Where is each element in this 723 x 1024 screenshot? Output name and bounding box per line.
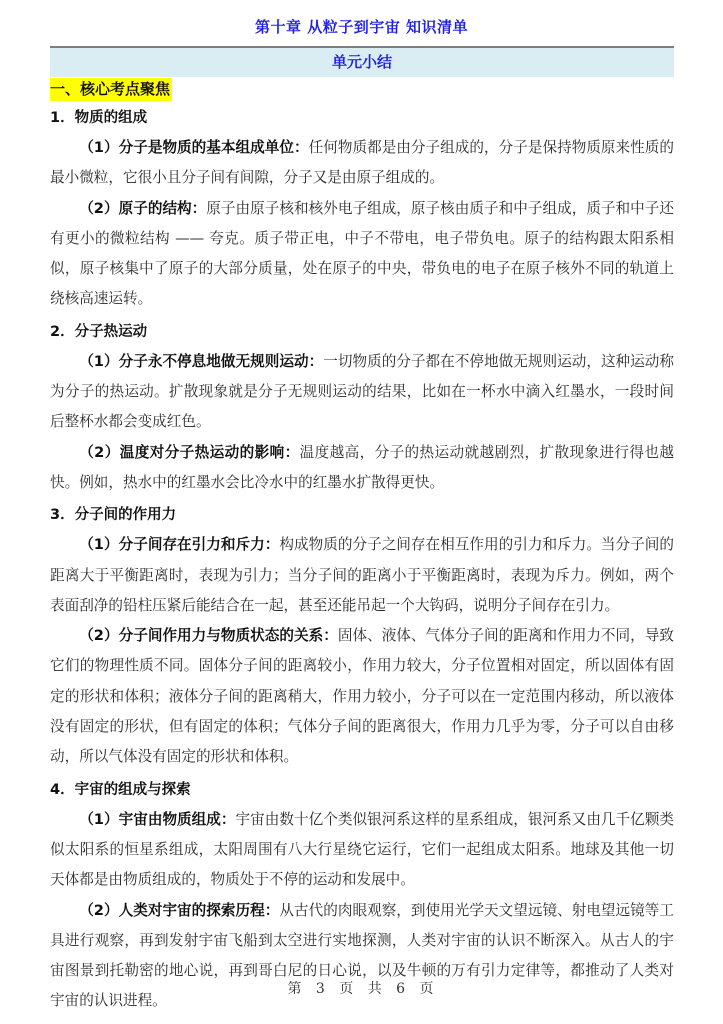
paragraph: （2）人类对宇宙的探索历程：从古代的肉眼观察，到使用光学天文望远镜、射电望远镜等… — [50, 896, 674, 1017]
paragraph-lead: （2）原子的结构： — [79, 200, 206, 217]
paragraph-lead: （1）宇宙由物质组成： — [79, 811, 235, 828]
paragraph: （1）分子永不停息地做无规则运动：一切物质的分子都在不停地做无规则运动，这种运动… — [50, 347, 674, 438]
topic-3: 3．分子间的作用力 （1）分子间存在引力和斥力：构成物质的分子之间存在相互作用的… — [50, 500, 674, 772]
topic-title: 4．宇宙的组成与探索 — [50, 775, 674, 805]
topic-title: 2．分子热运动 — [50, 317, 674, 347]
document-body: 一、核心考点聚焦 1．物质的组成 （1）分子是物质的基本组成单位：任何物质都是由… — [50, 78, 674, 1017]
paragraph: （1）宇宙由物质组成：宇宙由数十亿个类似银河系这样的星系组成，银河系又由几千亿颗… — [50, 805, 674, 896]
paragraph-lead: （1）分子永不停息地做无规则运动： — [79, 353, 323, 370]
section-heading: 一、核心考点聚焦 — [50, 78, 172, 101]
paragraph: （2）温度对分子热运动的影响：温度越高，分子的热运动就越剧烈，扩散现象进行得也越… — [50, 438, 674, 499]
topic-title: 1．物质的组成 — [50, 103, 674, 133]
paragraph-lead: （1）分子是物质的基本组成单位： — [79, 139, 308, 156]
paragraph-lead: （2）分子间作用力与物质状态的关系： — [79, 627, 338, 644]
page-title: 第十章 从粒子到宇宙 知识清单 — [0, 16, 723, 37]
page-number: 第 3 页 共 6 页 — [0, 978, 723, 998]
paragraph-lead: （2）人类对宇宙的探索历程： — [79, 902, 279, 919]
topic-title: 3．分子间的作用力 — [50, 500, 674, 530]
paragraph-lead: （2）温度对分子热运动的影响： — [79, 444, 299, 461]
topic-1: 1．物质的组成 （1）分子是物质的基本组成单位：任何物质都是由分子组成的，分子是… — [50, 103, 674, 315]
unit-summary-band: 单元小结 — [50, 46, 674, 77]
topic-2: 2．分子热运动 （1）分子永不停息地做无规则运动：一切物质的分子都在不停地做无规… — [50, 317, 674, 498]
paragraph: （2）分子间作用力与物质状态的关系：固体、液体、气体分子间的距离和作用力不同，导… — [50, 621, 674, 772]
paragraph-text: 固体、液体、气体分子间的距离和作用力不同，导致它们的物理性质不同。固体分子间的距… — [50, 627, 674, 765]
paragraph-lead: （1）分子间存在引力和斥力： — [79, 536, 279, 553]
paragraph: （2）原子的结构：原子由原子核和核外电子组成，原子核由质子和中子组成，质子和中子… — [50, 194, 674, 315]
paragraph: （1）分子间存在引力和斥力：构成物质的分子之间存在相互作用的引力和斥力。当分子间… — [50, 530, 674, 621]
paragraph: （1）分子是物质的基本组成单位：任何物质都是由分子组成的，分子是保持物质原来性质… — [50, 133, 674, 194]
